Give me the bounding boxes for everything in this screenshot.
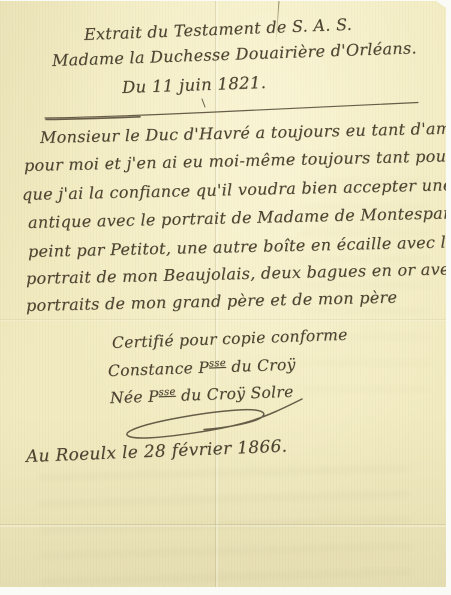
maiden-name-post: du Croÿ Solre (176, 383, 294, 405)
signature-name-line: Constance Psse du Croÿ (108, 355, 296, 380)
body-line-6: portrait de mon Beaujolais, deux bagues … (26, 259, 451, 288)
title-line-3: Du 11 juin 1821. (122, 73, 267, 97)
signature-maiden-name-line: Née Psse du Croÿ Solre (110, 383, 294, 408)
scanned-letter: Extrait du Testament de S. A. S. Madame … (0, 0, 451, 595)
title-line-1: Extrait du Testament de S. A. S. (84, 15, 353, 44)
body-line-7: portraits de mon grand père et de mon pè… (26, 288, 398, 315)
verso-showthrough-lower (39, 464, 412, 584)
signature-name-post: du Croÿ (226, 356, 296, 376)
horizontal-fold-crease-upper (0, 319, 446, 321)
body-line-1: Monsieur le Duc d'Havré a toujours eu ta… (40, 118, 451, 147)
body-line-2: pour moi et j'en ai eu moi-même toujours… (24, 146, 451, 175)
princess-abbreviation: sse (209, 358, 226, 370)
body-line-3: que j'ai la confiance qu'il voudra bien … (22, 174, 451, 204)
place-date-line: Au Roeulx le 28 février 1866. (26, 437, 288, 467)
princess-abbreviation-2: sse (158, 387, 175, 399)
paper-sheet: Extrait du Testament de S. A. S. Madame … (0, 1, 446, 587)
body-line-4: antique avec le portrait de Madame de Mo… (28, 203, 451, 232)
certification-line: Certifié pour copie conforme (112, 326, 348, 352)
horizontal-fold-crease-lower (0, 524, 446, 527)
maiden-name-pre: Née P (110, 387, 159, 407)
body-line-5: peint par Petitot, une autre boîte en éc… (28, 232, 451, 261)
signature-name-pre: Constance P (108, 359, 210, 381)
